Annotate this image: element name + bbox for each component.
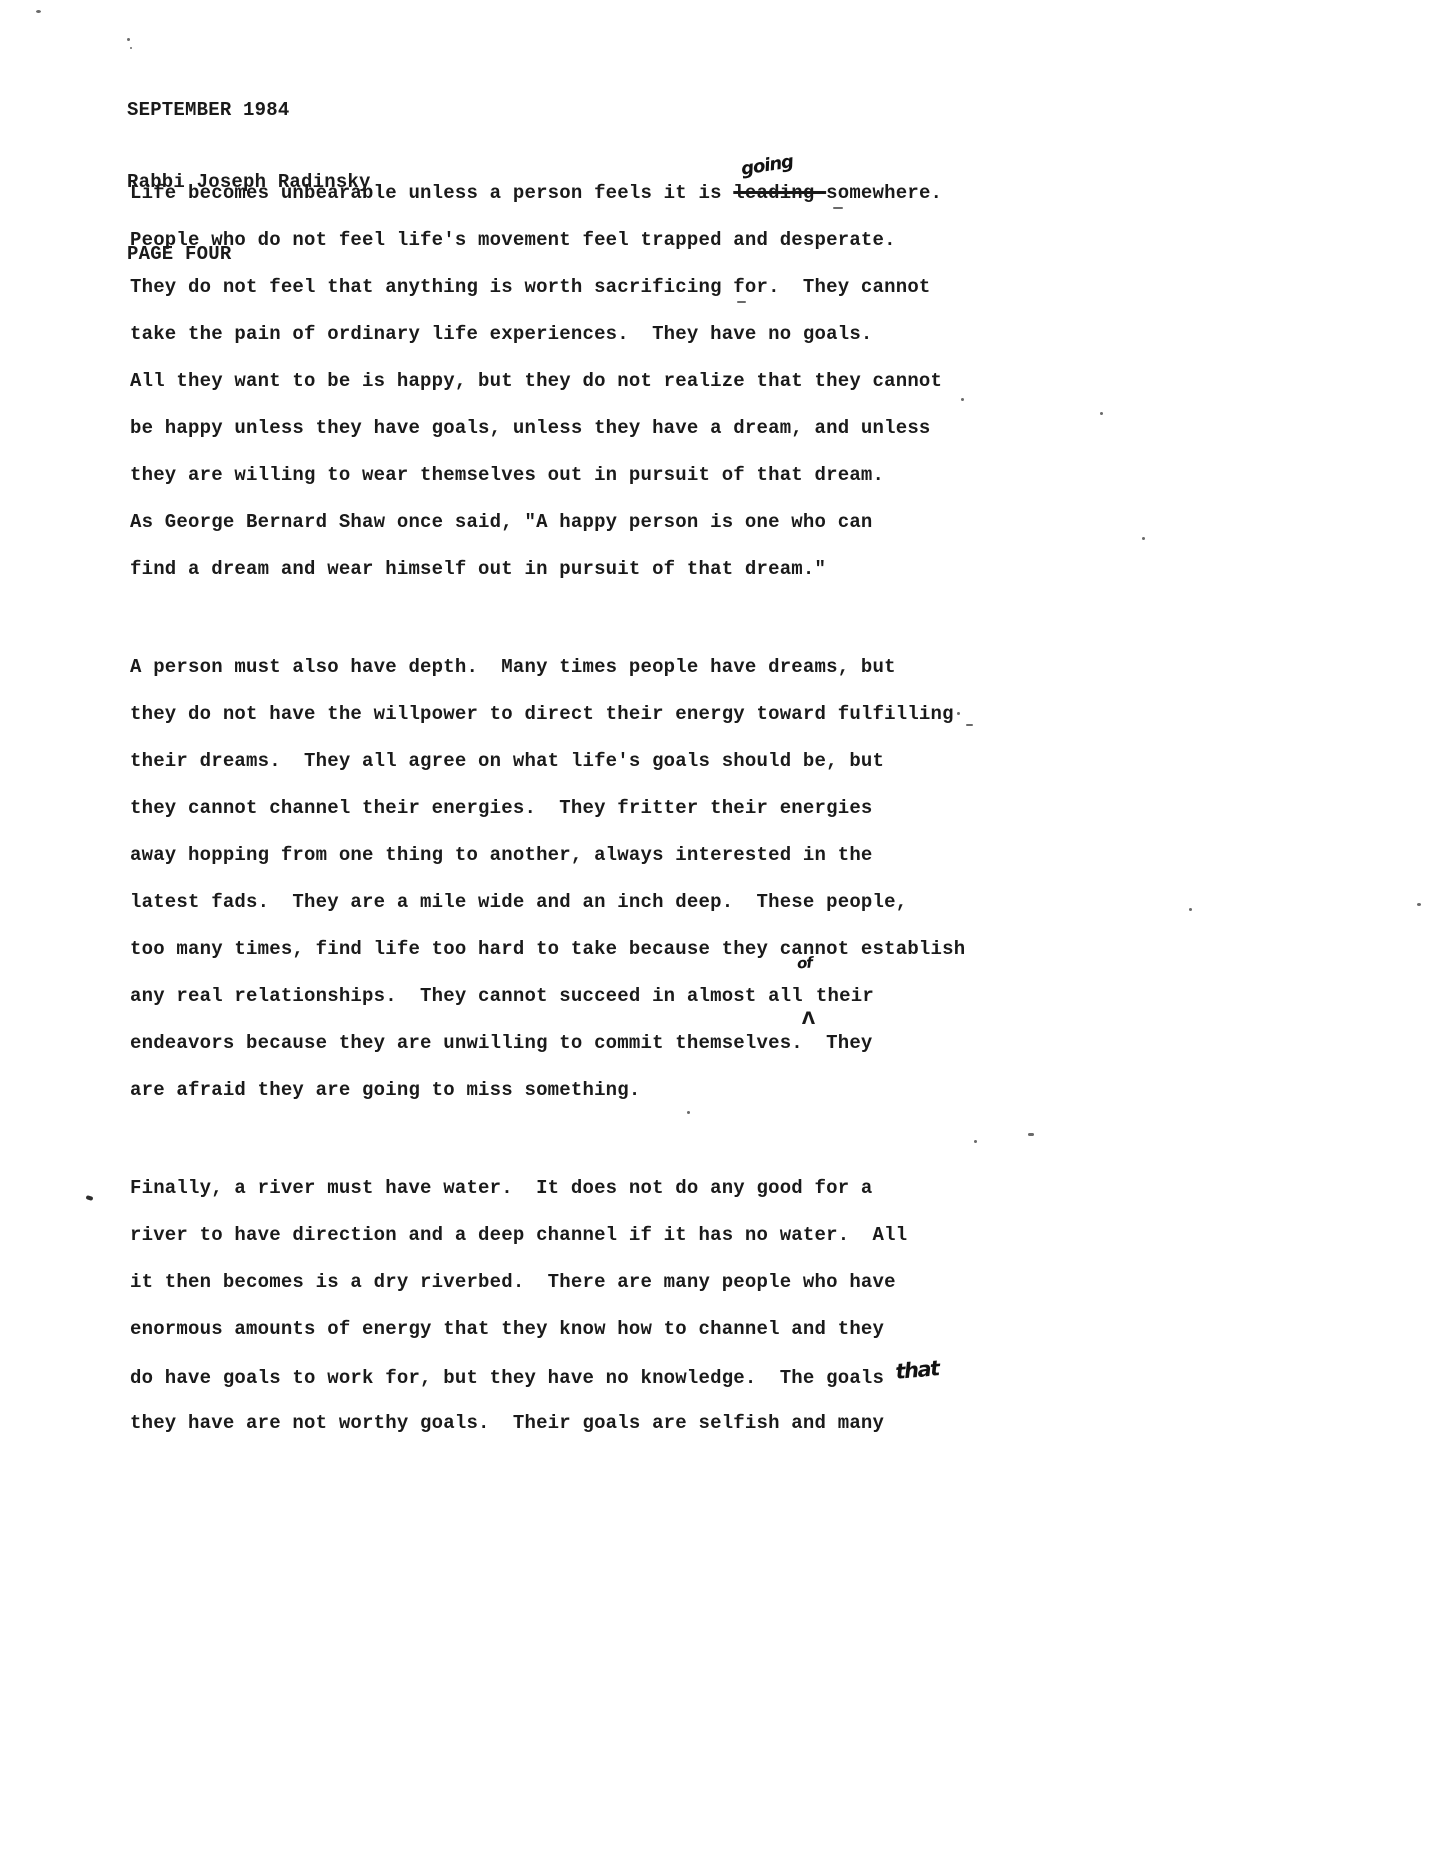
- typed-line: take the pain of ordinary life experienc…: [130, 311, 1330, 358]
- header-date: SEPTEMBER 1984: [127, 98, 371, 122]
- scan-speck: [961, 398, 964, 401]
- text-segment: too many times, find life too hard to ta…: [130, 938, 965, 960]
- text-segment: they are willing to wear themselves out …: [130, 464, 884, 486]
- scan-speck: [1100, 412, 1103, 415]
- text-segment: As George Bernard Shaw once said, "A hap…: [130, 511, 873, 533]
- scan-speck: [1142, 537, 1145, 540]
- text-segment: endeavors because they are unwilling to …: [130, 1032, 873, 1054]
- typed-line: All they want to be is happy, but they d…: [130, 358, 1330, 405]
- text-segment: find a dream and wear himself out in pur…: [130, 558, 826, 580]
- text-segment: river to have direction and a deep chann…: [130, 1224, 907, 1246]
- typed-line: are afraid they are going to miss someth…: [130, 1067, 1330, 1114]
- typed-line: they are willing to wear themselves out …: [130, 452, 1330, 499]
- typed-line: they have are not worthy goals. Their go…: [130, 1400, 1330, 1447]
- text-segment: Life becomes unbearable unless a person …: [130, 182, 733, 204]
- text-segment: do have goals to work for, but they have…: [130, 1367, 896, 1389]
- paragraph-3: Finally, a river must have water. It doe…: [130, 1165, 1330, 1447]
- struck-out-word: leading going: [733, 182, 826, 204]
- scan-speck: [737, 301, 746, 303]
- paragraph-2: A person must also have depth. Many time…: [130, 644, 1330, 1114]
- text-segment: be happy unless they have goals, unless …: [130, 417, 931, 439]
- text-segment: They do not feel that anything is worth …: [130, 276, 931, 298]
- typed-line: latest fads. They are a mile wide and an…: [130, 879, 1330, 926]
- margin-mark: [86, 1195, 94, 1201]
- typed-line: endeavors because they are unwilling to …: [130, 1020, 1330, 1067]
- text-segment: are afraid they are going to miss someth…: [130, 1079, 640, 1101]
- typed-line: As George Bernard Shaw once said, "A hap…: [130, 499, 1330, 546]
- scan-speck: [966, 724, 973, 726]
- text-segment: away hopping from one thing to another, …: [130, 844, 873, 866]
- text-segment: A person must also have depth. Many time…: [130, 656, 896, 678]
- typed-line: away hopping from one thing to another, …: [130, 832, 1330, 879]
- handwritten-insertion: going: [738, 138, 797, 193]
- text-segment: somewhere.: [826, 182, 942, 204]
- paragraph-1: Life becomes unbearable unless a person …: [130, 170, 1330, 593]
- text-segment: any real relationships. They cannot succ…: [130, 985, 803, 1007]
- scan-speck: [130, 47, 132, 49]
- typed-line: any real relationships. They cannot succ…: [130, 973, 1330, 1020]
- typed-line: Life becomes unbearable unless a person …: [130, 170, 1330, 217]
- text-segment: People who do not feel life's movement f…: [130, 229, 896, 251]
- document-body: Life becomes unbearable unless a person …: [130, 170, 1330, 1447]
- typed-line: they cannot channel their energies. They…: [130, 785, 1330, 832]
- handwritten-insertion: of: [795, 940, 813, 988]
- typed-line: People who do not feel life's movement f…: [130, 217, 1330, 264]
- typed-line: enormous amounts of energy that they kno…: [130, 1306, 1330, 1353]
- scan-speck: [974, 1140, 977, 1143]
- scan-speck: [957, 712, 960, 715]
- scan-speck: [1189, 908, 1192, 911]
- caret-mark: Λ: [802, 1011, 815, 1028]
- text-segment: Finally, a river must have water. It doe…: [130, 1177, 873, 1199]
- typed-line: their dreams. They all agree on what lif…: [130, 738, 1330, 785]
- text-segment: latest fads. They are a mile wide and an…: [130, 891, 907, 913]
- scan-speck: [1417, 903, 1421, 906]
- text-segment: their dreams. They all agree on what lif…: [130, 750, 884, 772]
- typed-line: river to have direction and a deep chann…: [130, 1212, 1330, 1259]
- text-segment: All they want to be is happy, but they d…: [130, 370, 942, 392]
- typed-line: too many times, find life too hard to ta…: [130, 926, 1330, 973]
- typed-line: They do not feel that anything is worth …: [130, 264, 1330, 311]
- text-segment: they have are not worthy goals. Their go…: [130, 1412, 884, 1434]
- typed-line: find a dream and wear himself out in pur…: [130, 546, 1330, 593]
- text-segment: it then becomes is a dry riverbed. There…: [130, 1271, 896, 1293]
- typed-line: A person must also have depth. Many time…: [130, 644, 1330, 691]
- handwritten-word: that: [893, 1345, 940, 1396]
- text-segment: they do not have the willpower to direct…: [130, 703, 954, 725]
- text-segment: they cannot channel their energies. They…: [130, 797, 873, 819]
- text-segment: ofΛ: [803, 982, 816, 1001]
- scan-speck: [833, 207, 843, 209]
- document-page: SEPTEMBER 1984 Rabbi Joseph Radinsky PAG…: [0, 0, 1430, 1851]
- typed-line: be happy unless they have goals, unless …: [130, 405, 1330, 452]
- scan-speck: [36, 10, 41, 13]
- typed-line: do have goals to work for, but they have…: [130, 1353, 1330, 1400]
- text-segment: enormous amounts of energy that they kno…: [130, 1318, 884, 1340]
- scan-speck: [687, 1111, 690, 1114]
- scan-speck: [127, 38, 130, 41]
- text-segment: their: [816, 985, 874, 1007]
- text-segment: take the pain of ordinary life experienc…: [130, 323, 873, 345]
- scan-speck: [1028, 1133, 1034, 1136]
- typed-line: it then becomes is a dry riverbed. There…: [130, 1259, 1330, 1306]
- typed-line: they do not have the willpower to direct…: [130, 691, 1330, 738]
- typed-line: Finally, a river must have water. It doe…: [130, 1165, 1330, 1212]
